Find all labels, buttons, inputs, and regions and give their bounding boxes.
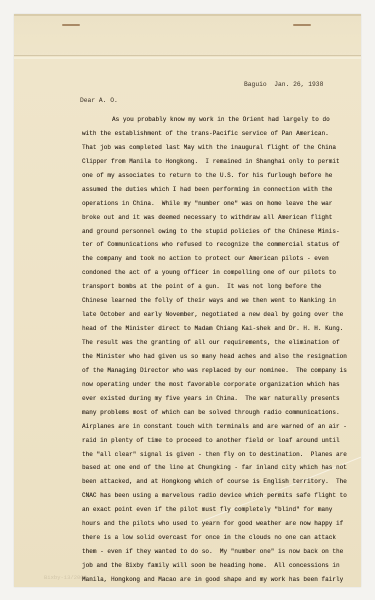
letter-line: Manila, Hongkong and Macao are in good s…: [82, 573, 342, 587]
letter-line: of the Managing Director who was replace…: [82, 364, 342, 378]
letter-line: the "all clear" signal is given - then f…: [82, 448, 342, 462]
letter-line: The result was the granting of all our r…: [82, 336, 342, 350]
letter-line: the Minister who had given us so many he…: [82, 350, 342, 364]
letter-line: the company and took no action to protec…: [82, 252, 342, 266]
letter-paper: Baguio Jan. 26, 1938 Dear A. O. As you p…: [14, 14, 361, 587]
letter-line: condoned the act of a young officer in c…: [82, 266, 342, 280]
letter-line: one of my associates to return to the U.…: [82, 169, 342, 183]
letter-line: As you probably know my work in the Orie…: [82, 113, 342, 127]
letter-line: ever existed during my five years in Chi…: [82, 392, 342, 406]
letter-line: Chinese learned the folly of their ways …: [82, 294, 342, 308]
bleed-through-text: Bixby-13/2002: [44, 574, 87, 581]
letter-body: As you probably know my work in the Orie…: [82, 113, 342, 587]
letter-line: transport bombs at the point of a gun. I…: [82, 280, 342, 294]
letter-line: many problems most of which can be solve…: [82, 406, 342, 420]
letter-line: CNAC has been using a marvelous radio de…: [82, 489, 342, 503]
letter-line: raid in plenty of time to proceed to ano…: [82, 434, 342, 448]
fold-line: [14, 55, 361, 56]
letter-line: hours and the pilots who used to yearn f…: [82, 517, 342, 531]
letter-line: job and the Bixby family will soon be he…: [82, 559, 342, 573]
letter-line: there is a low solid overcast for once i…: [82, 531, 342, 545]
letter-line: an exact point even if the pilot must fl…: [82, 503, 342, 517]
letter-line: head of the Minister direct to Madam Chi…: [82, 322, 342, 336]
letter-line: That job was completed last May with the…: [82, 141, 342, 155]
letter-line: late October and early November, negotia…: [82, 308, 342, 322]
letter-line: now operating under the most favorable c…: [82, 378, 342, 392]
dateline: Baguio Jan. 26, 1938: [244, 81, 323, 88]
letter-line: with the establishment of the trans-Paci…: [82, 127, 342, 141]
letter-line: ter of Communications who refused to rec…: [82, 238, 342, 252]
letter-line: assumed the duties which I had been perf…: [82, 183, 342, 197]
staple-mark-right: [293, 24, 311, 26]
letter-line: been attacked, and at Hongkong which of …: [82, 475, 342, 489]
letter-line: Clipper from Manila to Hongkong. I remai…: [82, 155, 342, 169]
letter-line: based at one end of the line at Chungkin…: [82, 461, 342, 475]
letter-line: operations in China. While my "number on…: [82, 197, 342, 211]
staple-mark-left: [62, 24, 80, 26]
letter-line: broke out and it was deemed necessary to…: [82, 211, 342, 225]
letter-line: them - even if they wanted to do so. My …: [82, 545, 342, 559]
page-background: Baguio Jan. 26, 1938 Dear A. O. As you p…: [0, 0, 375, 600]
fold-highlight: [14, 57, 361, 59]
salutation: Dear A. O.: [80, 97, 118, 104]
letter-line: Airplanes are in constant touch with ter…: [82, 420, 342, 434]
letter-line: and ground personnel owing to the stupid…: [82, 225, 342, 239]
